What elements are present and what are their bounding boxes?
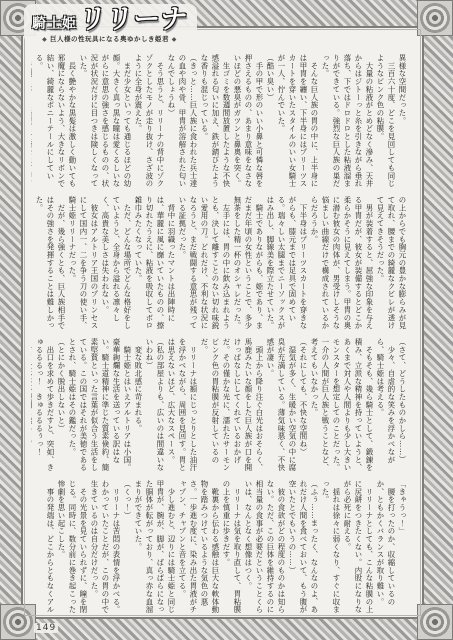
paragraph: 頭上から降り注ぐ白光はおそらく、馬鹿みたいな顔をした巨人族が口を開けっぱなしにし…: [199, 338, 265, 472]
frame-bottom-ornament: [0, 617, 453, 640]
paragraph: の上からでも胸元の豊かな膨らみが見て取れ、腰までの綺麗なクビレが透けて見えてきそ…: [375, 196, 408, 330]
paragraph: 彼の食欲がどの程度のものかは知らない。ただ、この巨体を維持するのに相当量の食事が…: [243, 480, 287, 614]
paragraph: （とにかく脱出しないと）: [56, 338, 67, 472]
novel-page: 騎士姫 リリーナ ◆ 巨人様の性玩具になる奥ゆかしき姫君 ◆ 異様な空間だった。…: [0, 0, 453, 640]
text-band-4: 「きゃうっ！」 腰を打ったのか、収縮しているのか、ともかくバランスが取り難い。 …: [31, 480, 408, 614]
paragraph: 長く艶やかな黒髪は激しく動いても邪魔にならないよう、大きなリボンで結い、綺麗なポ…: [34, 54, 78, 188]
paragraph: そんな巨人族の胃の中に、上半身には甲冑を纏い、下半身にはプリーツスカートを穿いた…: [276, 54, 320, 188]
paragraph: 彼女はアルトリア王国のプリンセスにして国内一、二を争う刀の使い手、騎士姫リリーナ…: [67, 196, 100, 330]
frame-corner-medallion: [417, 0, 453, 36]
paragraph: 少し進むと、辺りには騎士姫と同じ甲冑が、腕が、脚が、ばらばらになった胴体が転がっ…: [133, 480, 177, 614]
paragraph: 出口を求めて歩きだすと、突如、きゅるるるっ！ きゅるるるぅっ！ と、胃全体が不規…: [31, 338, 56, 472]
text-band-1: 異様な空間だった。 三百六十度、どこを見回しても同じようなピンク色の粘膜。 大量…: [31, 54, 408, 188]
paragraph: 湿気が多く、生暖かい空気の中に腐臭が充満している。薄気味悪く、不快感が凄い。: [265, 338, 298, 472]
page-title: リリーナ: [78, 6, 189, 33]
paragraph: そう思うと、リリーナの背中にゾクゾクとしたモノが走り抜け、さざ波のように全身が震…: [133, 54, 166, 188]
paragraph: まだ少女といっても通じるほどの幼顔。大きく真っ黒な瞳は愛くるしいながらに意思の強…: [78, 54, 133, 188]
paragraph: その光景を見ていられずに、瞳を閉じる。同時に、数分前に巻き起こった惨劇を思い起こ…: [56, 480, 89, 614]
paragraph: 下半身はプリーツスカートを穿きながらも、膝元までは足具で固めている。瑞々しい太腿…: [265, 196, 309, 330]
paragraph: 腰を打ったのか、収縮しているのか、ともかくバランスが取り難い。: [375, 480, 397, 614]
paragraph: 揺れは徐々に弱くなり、すぐに収まった。: [320, 480, 342, 614]
paragraph: （酷い臭い）: [265, 54, 276, 188]
paragraph: 三百六十度、どこを見回しても同じようなピンク色の粘膜。: [375, 54, 397, 188]
frame-left-ornament: [0, 0, 23, 640]
paragraph: だが、幾ら強くとも、巨人族相手ではその強さを発揮することは難しかった。: [34, 196, 67, 330]
paragraph: （くっ！）: [122, 480, 133, 614]
title-prefix: 騎士姫: [32, 13, 77, 33]
page-number: 149: [34, 623, 58, 633]
series-title-logo: 騎士姫 リリーナ ◆ 巨人様の性玩具になる奥ゆかしき姫君 ◆: [24, 4, 197, 44]
text-band-3: （さて、どうしたものかしら……） 少々、自虐的な笑みを浮かべながら、騎士姫は考え…: [31, 338, 408, 472]
text-band-2: の上からでも胸元の豊かな膨らみが見て取れ、腰までの綺麗なクビレが透けて見えてきそ…: [31, 196, 408, 330]
paragraph: 騎士姫とはいえアルトリアは小国。豪華絢爛な生活を送っている訳はない。騎士道精神に…: [67, 338, 133, 472]
paragraph: 左手には、胃の中に飲み込まれようとも、決して離すことのない切れ味鋭い愛用の刀。ど…: [177, 196, 232, 330]
frame-right-ornament: [422, 0, 453, 640]
paragraph: リリーナは苦悶の表情を浮かべる。わかっていたことだが、この胃の中で生きているのは…: [89, 480, 122, 614]
paragraph: 少々、自虐的な笑みを浮かべながら、騎士姫は考える。: [375, 338, 397, 472]
subtitle-ornament-icon: ◆: [42, 36, 47, 43]
frame-corner-medallion: [417, 604, 453, 640]
paragraph: （それにしても、不快な空間ね）: [298, 338, 309, 472]
paragraph: （ふぅ……まったく、なんなのよ、あれだけ人間を食べておいて、もう腹が空いたとでも…: [287, 480, 320, 614]
paragraph: （さて、どうしたものかしら……）: [397, 338, 408, 472]
paragraph: そもそも、幾ら騎士として、鍛錬を積み、立派な精神を持っていようと、あくまで対人や…: [309, 338, 375, 472]
paragraph: ただ、どんな場所でどんな格好をしていようと、全身から溢れる凛々しく、高貴な美しさ…: [100, 196, 133, 330]
paragraph: 事の発端は、どこからともなくアル: [45, 480, 56, 614]
paragraph: 異様な空間だった。: [397, 54, 408, 188]
subtitle-ornament-icon: ◆: [172, 36, 177, 43]
paragraph: 背中に羽織ったマントは出陣時には、華麗に風に靡いていたものの、擦り切れたうえに、…: [133, 196, 177, 330]
paragraph: 童顔ながらに美麗な女騎士は、甲冑: [31, 54, 34, 188]
paragraph: （私の部屋よりも、広いのは間違いないわね）: [144, 338, 166, 472]
paragraph: 手の甲で形のいい小鼻と可憐な唇を押さえるものの、あまり意味をなさないほどの悪臭が…: [232, 54, 265, 188]
paragraph: 靴裏から伝わる感触は巨大な軟体動物を踏みつけているような気色の悪さ。一歩進む度に…: [177, 480, 221, 614]
paragraph: （きっと……巨人族に食われた兵士達の血や肉や骨、甲冑が溶解された匂いなんでしょう…: [166, 54, 199, 188]
paragraph: 変な敗北感に苛まれる。: [133, 338, 144, 472]
paragraph: 大量の粘液がとめどなく滲み、天井からはジトーっと糸を引きながら垂れ落ち、下ではド…: [320, 54, 375, 188]
subtitle-text: 巨人様の性玩具になる奥ゆかしき姫君: [50, 35, 169, 43]
paragraph: 騎士でありながらも、姫であり、まだまだ年頃の女性ということで、多少無茶をした精一…: [232, 196, 265, 330]
paragraph: 男が装着すると、屈強な印象を与える甲冑だが、彼女が装備するとどこか柔らかそうに見…: [309, 196, 375, 330]
paragraph: リリーナは額にじっとりとした油汗を浮かべながら、周囲を見回す。胃とは思えないほど…: [166, 338, 199, 472]
body-text-area: 異様な空間だった。 三百六十度、どこを見回しても同じようなピンク色の粘膜。 大量…: [31, 54, 408, 616]
title-subtitle: ◆ 巨人様の性玩具になる奥ゆかしき姫君 ◆: [32, 34, 187, 43]
paragraph: リリーナは気を取り直して、胃粘膜の上を慎重に歩きだす。: [221, 480, 243, 614]
paragraph: 「きゃうっ！」: [397, 480, 408, 614]
paragraph: リリーナとしても、こんな粘膜の上に尻餅をつきたくない。内股になりながら必死に耐え…: [342, 480, 375, 614]
paragraph: 生ゴミを数週間放置したような不快感溢れる匂いに加え、鉄が錆びたような香りも混じっ…: [199, 54, 232, 188]
